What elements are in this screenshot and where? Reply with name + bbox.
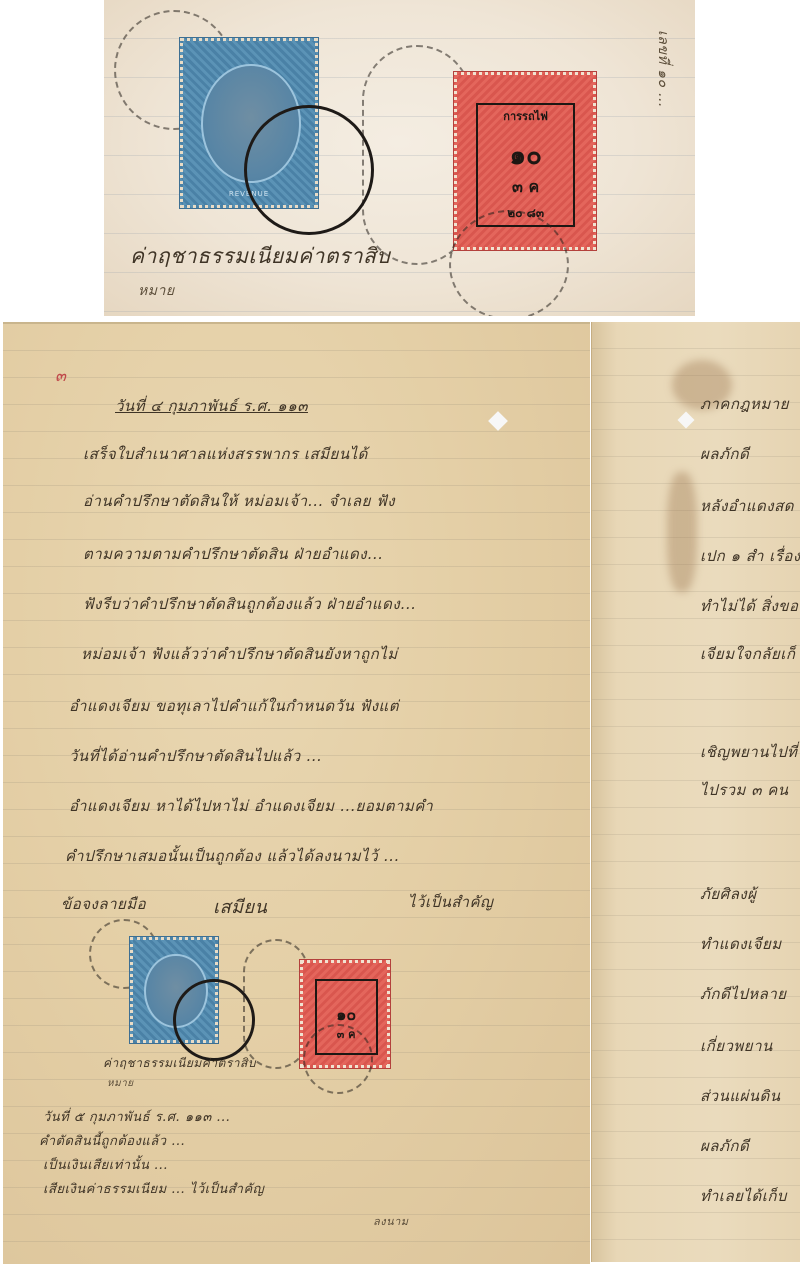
adjacent-page: ภาคกฎหมาย ผลภักดี หลังอำแดงสด เปก ๑ สำ เ… bbox=[591, 322, 800, 1262]
page2-line: ทำเลยได้เก็บ bbox=[700, 1184, 787, 1208]
stamp-caption: ค่าฤชาธรรมเนียมค่าตราสิบ bbox=[130, 240, 390, 273]
page2-line: ผลภักดี bbox=[700, 442, 749, 466]
doc-line-5: ฟังรีบว่าคำปรึกษาตัดสินถูกต้องแล้ว ฝ่ายอ… bbox=[83, 592, 416, 616]
doc-line-3: อ่านคำปรึกษาตัดสินให้ หม่อมเจ้า... จำเลย… bbox=[83, 489, 395, 513]
faint-postmark-lower bbox=[303, 1024, 373, 1094]
footer-line-3: เป็นเงินเสียเท่านั้น ... bbox=[43, 1154, 168, 1175]
page2-line: ทำแดงเจียม bbox=[700, 932, 782, 956]
doc-line-1: วันที่ ๔ กุมภาพันธ์ ร.ศ. ๑๑๓ bbox=[115, 394, 308, 418]
page2-line: ไปรวม ๓ คน bbox=[700, 778, 789, 802]
doc-line-13: ไว้เป็นสำคัญ bbox=[408, 890, 493, 914]
vertical-margin-note: เลขที่ ๑๐ ... bbox=[652, 30, 674, 107]
black-overprint-box: การรถไฟ ๑๐ ๓ ค ๒๐ ๘๓ bbox=[476, 103, 575, 227]
stamp-caption: ค่าฤชาธรรมเนียมค่าตราสิบ bbox=[103, 1054, 256, 1073]
doc-line-2: เสร็จใบสำเนาศาลแห่งสรรพากร เสมียนได้ bbox=[83, 442, 368, 466]
footer-line-1: วันที่ ๕ กุมภาพันธ์ ร.ศ. ๑๑๓ ... bbox=[43, 1106, 230, 1127]
stain bbox=[667, 472, 697, 592]
doc-line-10: คำปรึกษาเสมอนั้นเป็นถูกต้อง แล้วได้ลงนาม… bbox=[65, 844, 399, 868]
clerk-signature: เสมียน bbox=[213, 892, 267, 921]
faint-postmark-lower bbox=[449, 210, 569, 316]
page-mark: ๓ bbox=[55, 364, 66, 389]
doc-line-9: อำแดงเจียม หาได้ไปหาไม่ อำแดงเจียม ...ยอ… bbox=[69, 794, 433, 818]
page2-line: เปก ๑ สำ เรื่อง bbox=[700, 544, 800, 568]
page2-line: เกี่ยวพยาน bbox=[700, 1034, 773, 1058]
document-page: ๓ วันที่ ๔ กุมภาพันธ์ ร.ศ. ๑๑๓ เสร็จใบสำ… bbox=[3, 322, 590, 1264]
doc-line-4: ตามความตามคำปรึกษาตัดสิน ฝ่ายอำแดง... bbox=[83, 542, 383, 566]
doc-line-7: อำแดงเจียม ขอทุเลาไปคำแก้ในกำหนดวัน ฟังแ… bbox=[69, 694, 399, 718]
page2-line: ภักดีไปหลาย bbox=[700, 982, 787, 1006]
page2-line: ภาคกฎหมาย bbox=[700, 392, 789, 416]
stamp-detail-panel: REVENUE การรถไฟ ๑๐ ๓ ค ๒๐ ๘๓ ค่าฤชาธรรมเ… bbox=[104, 0, 695, 316]
bold-postmark bbox=[173, 979, 255, 1061]
doc-line-11: ข้อจงลายมือ bbox=[61, 892, 146, 916]
page2-line: ทำไม่ได้ สิ่งของ bbox=[700, 594, 800, 618]
page2-line: ส่วนแผ่นดิน bbox=[700, 1084, 781, 1108]
page2-line: หลังอำแดงสด bbox=[700, 494, 794, 518]
stamp-caption-sub: หมาย bbox=[138, 280, 175, 302]
page2-line: ผลภักดี bbox=[700, 1134, 749, 1158]
page2-line: เชิญพยานไปที่ bbox=[700, 740, 797, 764]
page2-line: เจียมใจกลัยเก็ bbox=[700, 642, 795, 666]
doc-line-6: หม่อมเจ้า ฟังแล้วว่าคำปรึกษาตัดสินยังหาถ… bbox=[81, 642, 398, 666]
page2-line: ภัยศิลงผู้ bbox=[700, 882, 757, 906]
footer-signature: ลงนาม bbox=[373, 1212, 409, 1230]
bold-postmark bbox=[244, 105, 374, 235]
doc-line-8: วันที่ได้อ่านคำปรึกษาตัดสินไปแล้ว ... bbox=[69, 744, 322, 768]
footer-line-4: เสียเงินค่าธรรมเนียม ... ไว้เป็นสำคัญ bbox=[43, 1178, 264, 1199]
stamp-caption-sub: หมาย bbox=[107, 1076, 134, 1091]
footer-line-2: คำตัดสินนี้ถูกต้องแล้ว ... bbox=[39, 1130, 185, 1151]
